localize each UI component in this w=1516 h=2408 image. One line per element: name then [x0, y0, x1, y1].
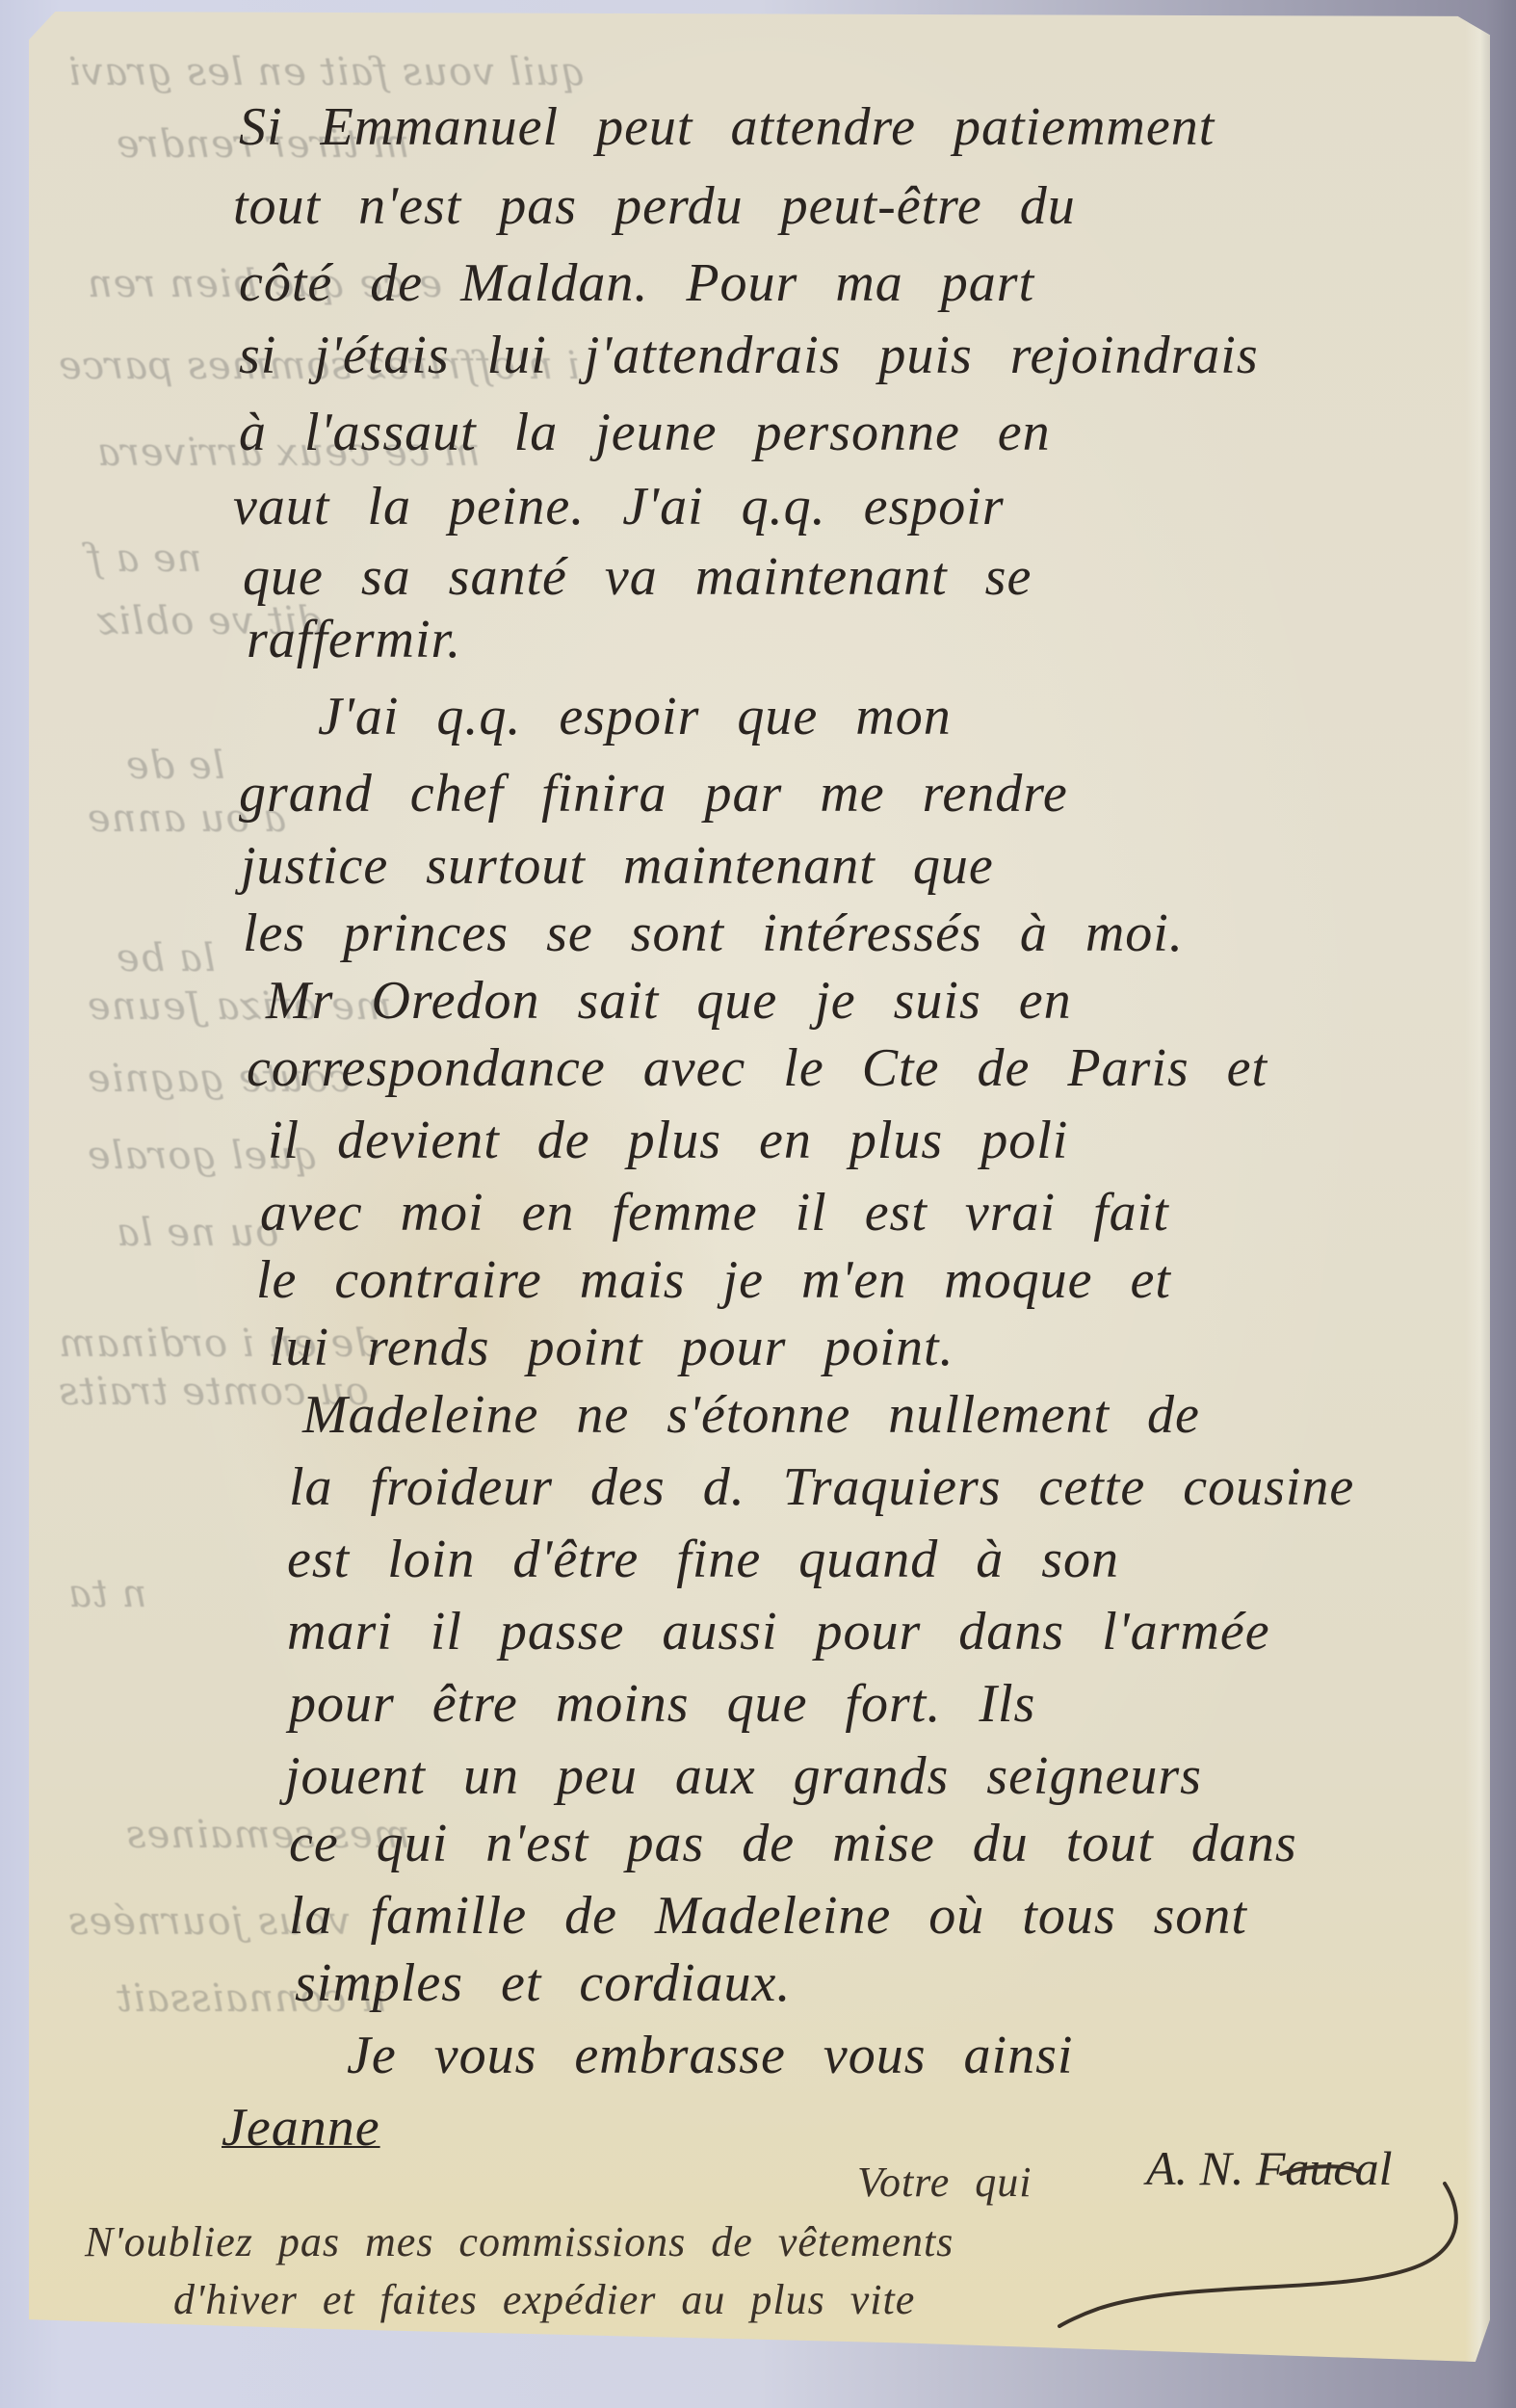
letter-line: la famille de Madeleine où tous sont: [289, 1885, 1247, 1947]
bleed-through-text: ou ne la: [116, 1211, 278, 1255]
letter-line: le contraire mais je m'en moque et: [256, 1249, 1171, 1311]
letter-line: Madeleine ne s'étonne nullement de: [302, 1384, 1200, 1446]
letter-line-recipient: Jeanne: [222, 2097, 380, 2159]
bleed-through-text: quil vous fait en les gravi: [67, 50, 586, 94]
letter-line: tout n'est pas perdu peut-être du: [233, 175, 1076, 237]
letter-line: il devient de plus en plus poli: [268, 1110, 1068, 1171]
bleed-through-text: le de: [125, 744, 224, 788]
bleed-through-text: ne a f: [87, 537, 202, 581]
letter-line: pour être moins que fort. Ils: [289, 1673, 1035, 1735]
letter-page: quil vous fait en les gravi m tirer rend…: [29, 12, 1490, 2362]
bleed-through-text: la be: [116, 936, 216, 981]
letter-line: la froideur des d. Traquiers cette cousi…: [289, 1456, 1354, 1518]
letter-line: jouent un peu aux grands seigneurs: [285, 1745, 1202, 1807]
postscript-line: d'hiver et faites expédier au plus vite: [173, 2275, 915, 2324]
letter-line: correspondance avec le Cte de Paris et: [247, 1037, 1268, 1099]
letter-closing: Votre qui: [857, 2158, 1032, 2207]
letter-line: grand chef finira par me rendre: [239, 763, 1068, 824]
letter-line: vaut la peine. J'ai q.q. espoir: [233, 476, 1005, 537]
letter-line: Si Emmanuel peut attendre patiemment: [239, 96, 1215, 158]
letter-line: à l'assaut la jeune personne en: [239, 402, 1051, 463]
letter-line: les princes se sont intéressés à moi.: [243, 903, 1184, 964]
letter-line: avec moi en femme il est vrai fait: [260, 1182, 1169, 1243]
letter-line: raffermir.: [247, 609, 461, 670]
letter-line: que sa santé va maintenant se: [243, 546, 1032, 608]
letter-line: ce qui n'est pas de mise du tout dans: [289, 1813, 1297, 1874]
letter-line: lui rends point pour point.: [270, 1317, 954, 1378]
postscript-line: N'oubliez pas mes commissions de vêtemen…: [85, 2217, 954, 2266]
letter-line: si j'étais lui j'attendrais puis rejoind…: [239, 325, 1259, 386]
bleed-through-text: n ta: [67, 1572, 146, 1616]
letter-line: côté de Maldan. Pour ma part: [239, 252, 1034, 314]
letter-line: Je vous embrasse vous ainsi: [347, 2025, 1073, 2086]
letter-line: J'ai q.q. espoir que mon: [318, 686, 952, 747]
signature-flourish-icon: [1040, 2164, 1503, 2328]
letter-line: simples et cordiaux.: [295, 1952, 791, 2014]
letter-line: mari il passe aussi pour dans l'armée: [287, 1601, 1270, 1662]
letter-line: Mr Oredon sait que je suis en: [266, 970, 1072, 1032]
letter-line: est loin d'être fine quand à son: [287, 1529, 1119, 1590]
letter-line: justice surtout maintenant que: [241, 835, 994, 897]
